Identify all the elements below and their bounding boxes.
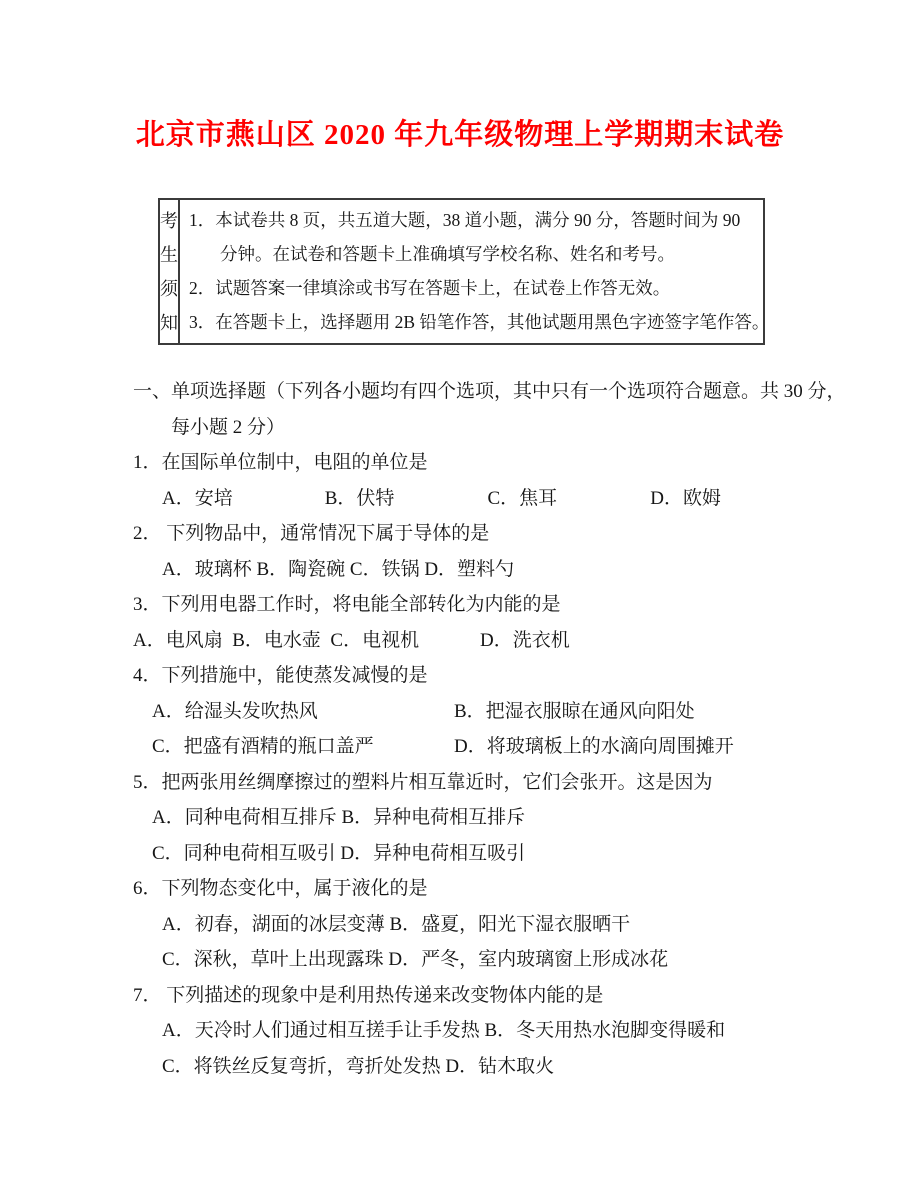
option-cell: C．焦耳 [488, 481, 651, 517]
question-4-stem: 4．下列措施中，能使蒸发减慢的是 [133, 658, 813, 694]
question-3-stem: 3．下列用电器工作时，将电能全部转化为内能的是 [133, 587, 813, 623]
option-cell: A．安培 [162, 481, 325, 517]
option-cell: A．电风扇 B．电水壶 C．电视机 [133, 623, 480, 659]
option-cell: D．将玻璃板上的水滴向周围摊开 [454, 729, 734, 765]
question-1-stem: 1．在国际单位制中，电阻的单位是 [133, 445, 813, 481]
question-6-stem: 6．下列物态变化中，属于液化的是 [133, 871, 813, 907]
question-7-options-row-1: A．天冷时人们通过相互搓手让手发热 B．冬天用热水泡脚变得暖和 [133, 1013, 813, 1049]
question-5-options-row-1: A．同种电荷相互排斥 B．异种电荷相互排斥 [133, 800, 813, 836]
question-7-options-row-2: C．将铁丝反复弯折，弯折处发热 D．钻木取火 [133, 1049, 813, 1085]
question-4-options-row-1: A．给湿头发吹热风 B．把湿衣服晾在通风向阳处 [133, 694, 813, 730]
section-heading-line-2: 每小题 2 分） [133, 410, 813, 446]
question-5-stem: 5．把两张用丝绸摩擦过的塑料片相互靠近时，它们会张开。这是因为 [133, 765, 813, 801]
option-cell: C．把盛有酒精的瓶口盖严 [152, 729, 454, 765]
notice-side-char: 生 [160, 238, 178, 272]
page-title: 北京市燕山区 2020 年九年级物理上学期期末试卷 [0, 112, 920, 153]
option-cell: B．把湿衣服晾在通风向阳处 [454, 694, 695, 730]
question-6-options-row-1: A．初春，湖面的冰层变薄 B．盛夏，阳光下湿衣服晒干 [133, 907, 813, 943]
notice-line: 2．试题答案一律填涂或书写在答题卡上，在试卷上作答无效。 [189, 271, 769, 305]
section-heading-line-1: 一、单项选择题（下列各小题均有四个选项，其中只有一个选项符合题意。共 30 分， [133, 374, 813, 410]
question-4-options-row-2: C．把盛有酒精的瓶口盖严 D．将玻璃板上的水滴向周围摊开 [133, 729, 813, 765]
option-cell: D．欧姆 [650, 481, 813, 517]
notice-line: 3．在答题卡上，选择题用 2B 铅笔作答，其他试题用黑色字迹签字笔作答。 [189, 305, 769, 339]
notice-side-char: 知 [160, 306, 178, 340]
option-cell: B．伏特 [325, 481, 488, 517]
notice-line: 分钟。在试卷和答题卡上准确填写学校名称、姓名和考号。 [189, 237, 769, 271]
notice-side-char: 考 [160, 204, 178, 238]
exam-paper-page: 北京市燕山区 2020 年九年级物理上学期期末试卷 考 生 须 知 1．本试卷共… [0, 0, 920, 1192]
option-cell: D．洗衣机 [480, 623, 570, 659]
question-7-stem: 7． 下列描述的现象中是利用热传递来改变物体内能的是 [133, 978, 813, 1014]
notice-side-label: 考 生 须 知 [160, 200, 180, 343]
questions-section: 一、单项选择题（下列各小题均有四个选项，其中只有一个选项符合题意。共 30 分，… [133, 374, 813, 1084]
question-2-stem: 2． 下列物品中，通常情况下属于导体的是 [133, 516, 813, 552]
question-5-options-row-2: C．同种电荷相互吸引 D．异种电荷相互吸引 [133, 836, 813, 872]
examinee-notice-box: 考 生 须 知 1．本试卷共 8 页，共五道大题，38 道小题，满分 90 分，… [158, 198, 765, 345]
notice-side-char: 须 [160, 272, 178, 306]
notice-line: 1．本试卷共 8 页，共五道大题，38 道小题，满分 90 分，答题时间为 90 [189, 203, 769, 237]
question-1-options: A．安培 B．伏特 C．焦耳 D．欧姆 [133, 481, 813, 517]
question-2-options: A．玻璃杯 B．陶瓷碗 C．铁锅 D．塑料勺 [133, 552, 813, 588]
notice-body: 1．本试卷共 8 页，共五道大题，38 道小题，满分 90 分，答题时间为 90… [180, 200, 773, 343]
question-6-options-row-2: C．深秋，草叶上出现露珠 D．严冬，室内玻璃窗上形成冰花 [133, 942, 813, 978]
option-cell: A．给湿头发吹热风 [152, 694, 454, 730]
question-3-options: A．电风扇 B．电水壶 C．电视机 D．洗衣机 [133, 623, 813, 659]
